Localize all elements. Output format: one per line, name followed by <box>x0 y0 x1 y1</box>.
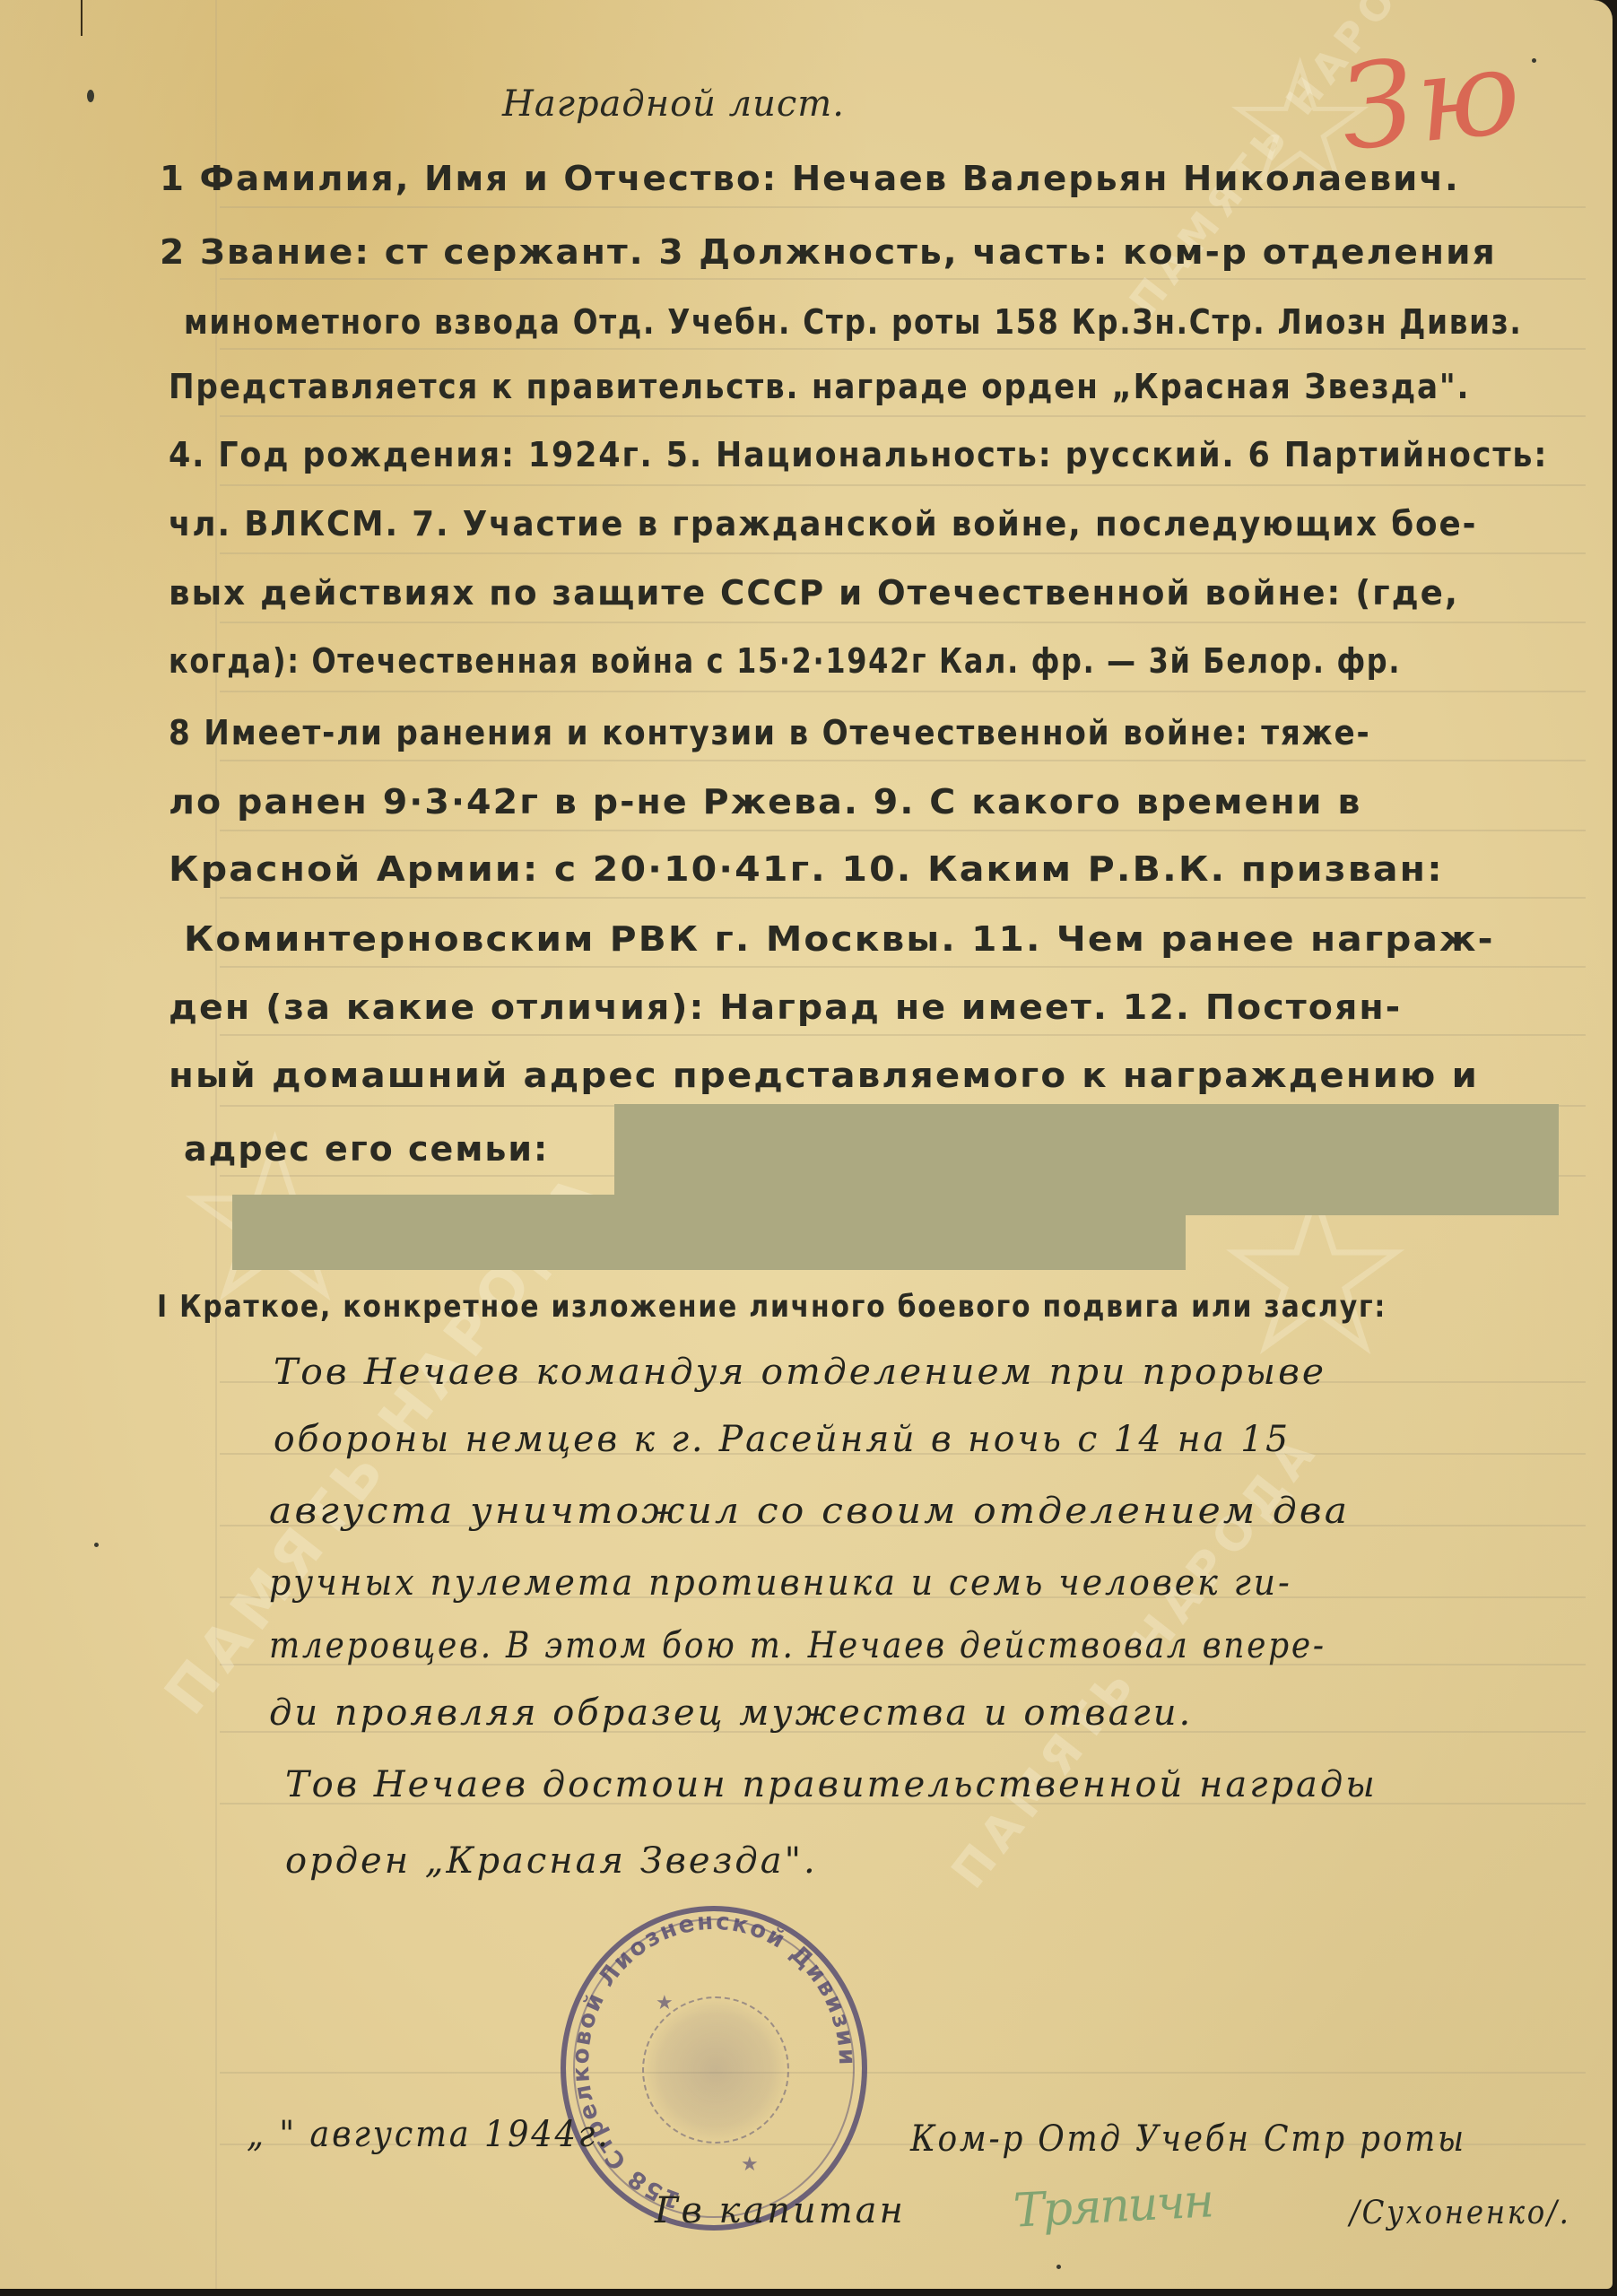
footer-position: Ком-р Отд Учебн Стр роты <box>910 2121 1466 2157</box>
ruled-line <box>220 760 1586 761</box>
form-line-14: ный домашний адрес представляемого к наг… <box>169 1058 1479 1092</box>
star-icon: ★ <box>656 1992 674 2014</box>
footer-date: „ " августа 1944г. <box>247 2117 610 2152</box>
form-line-2: 2 Звание: ст сержант. 3 Должность, часть… <box>160 235 1497 269</box>
paper-speck <box>87 90 94 102</box>
footer-rank: Гв капитан <box>655 2193 906 2229</box>
ruled-line <box>220 206 1586 208</box>
ruled-line <box>220 966 1586 968</box>
document-title: Наградной лист. <box>502 86 845 122</box>
star-icon: ★ <box>741 2153 759 2176</box>
redaction-block-address-continued <box>232 1195 1186 1270</box>
ruled-line <box>220 552 1586 554</box>
form-line-6: чл. ВЛКСМ. 7. Участие в гражданской войн… <box>169 507 1477 541</box>
ruled-line <box>220 622 1586 623</box>
footer-name: /Сухоненко/. <box>1350 2197 1571 2230</box>
ruled-line <box>220 897 1586 899</box>
form-line-7: вых действиях по защите СССР и Отечестве… <box>169 576 1459 610</box>
form-line-8: когда): Отечественная война с 15·2·1942г… <box>169 644 1401 678</box>
form-line-15: адрес его семьи: <box>184 1132 549 1166</box>
paper-speck <box>1532 58 1536 63</box>
paper-tear <box>81 0 83 36</box>
ruled-line <box>220 484 1586 486</box>
narrative-line-4: ручных пулемета противника и семь челове… <box>269 1565 1292 1601</box>
narrative-line-2: обороны немцев к г. Расейняй в ночь с 14… <box>274 1422 1291 1457</box>
award-sheet-paper: ПАМЯТЬ НАРОДА ПАМЯТЬ НАРОДА ПАМЯТЬ НАРОД… <box>0 0 1613 2289</box>
form-line-5: 4. Год рождения: 1924г. 5. Национальност… <box>169 438 1548 472</box>
ruled-line <box>220 2072 1586 2074</box>
ussr-emblem-icon <box>642 1996 789 2144</box>
red-pencil-annotation: Зю <box>1334 22 1530 177</box>
form-line-13: ден (за какие отличия): Наград не имеет.… <box>169 990 1402 1024</box>
form-line-3: минометного взвода Отд. Учебн. Стр. роты… <box>184 305 1523 339</box>
ruled-line <box>220 415 1586 417</box>
narrative-line-1: Тов Нечаев командуя отделением при проры… <box>274 1354 1326 1390</box>
form-line-1: 1 Фамилия, Имя и Отчество: Нечаев Валерь… <box>160 161 1460 196</box>
narrative-line-8: орден „Красная Звезда". <box>285 1843 818 1879</box>
form-line-11: Красной Армии: с 20·10·41г. 10. Каким Р.… <box>169 852 1444 886</box>
ruled-line <box>220 278 1586 280</box>
ruled-line <box>220 348 1586 350</box>
narrative-line-5: тлеровцев. В этом бою т. Нечаев действов… <box>269 1628 1326 1664</box>
section-heading: I Краткое, конкретное изложение личного … <box>157 1291 1387 1322</box>
ruled-line <box>220 691 1586 692</box>
form-line-12: Коминтерновским РВК г. Москвы. 11. Чем р… <box>184 922 1495 956</box>
narrative-line-3: августа уничтожил со своим отделением дв… <box>269 1493 1350 1529</box>
narrative-line-7: Тов Нечаев достоин правительственной наг… <box>285 1767 1378 1803</box>
paper-speck <box>1056 2265 1061 2269</box>
ruled-line <box>220 1034 1586 1036</box>
form-line-9: 8 Имеет-ли ранения и контузии в Отечеств… <box>169 716 1370 750</box>
narrative-line-6: ди проявляя образец мужества и отваги. <box>269 1695 1193 1731</box>
ruled-line <box>220 830 1586 831</box>
signature: Тряпичн <box>1013 2174 1214 2239</box>
division-seal-stamp: 158 Стрелковой Лиозненской Дивизии ★ ★ <box>561 1906 867 2231</box>
form-line-4: Представляется к правительств. награде о… <box>169 370 1470 404</box>
form-line-10: ло ранен 9·3·42г в р-не Ржева. 9. С како… <box>169 785 1361 819</box>
paper-speck <box>94 1543 99 1547</box>
